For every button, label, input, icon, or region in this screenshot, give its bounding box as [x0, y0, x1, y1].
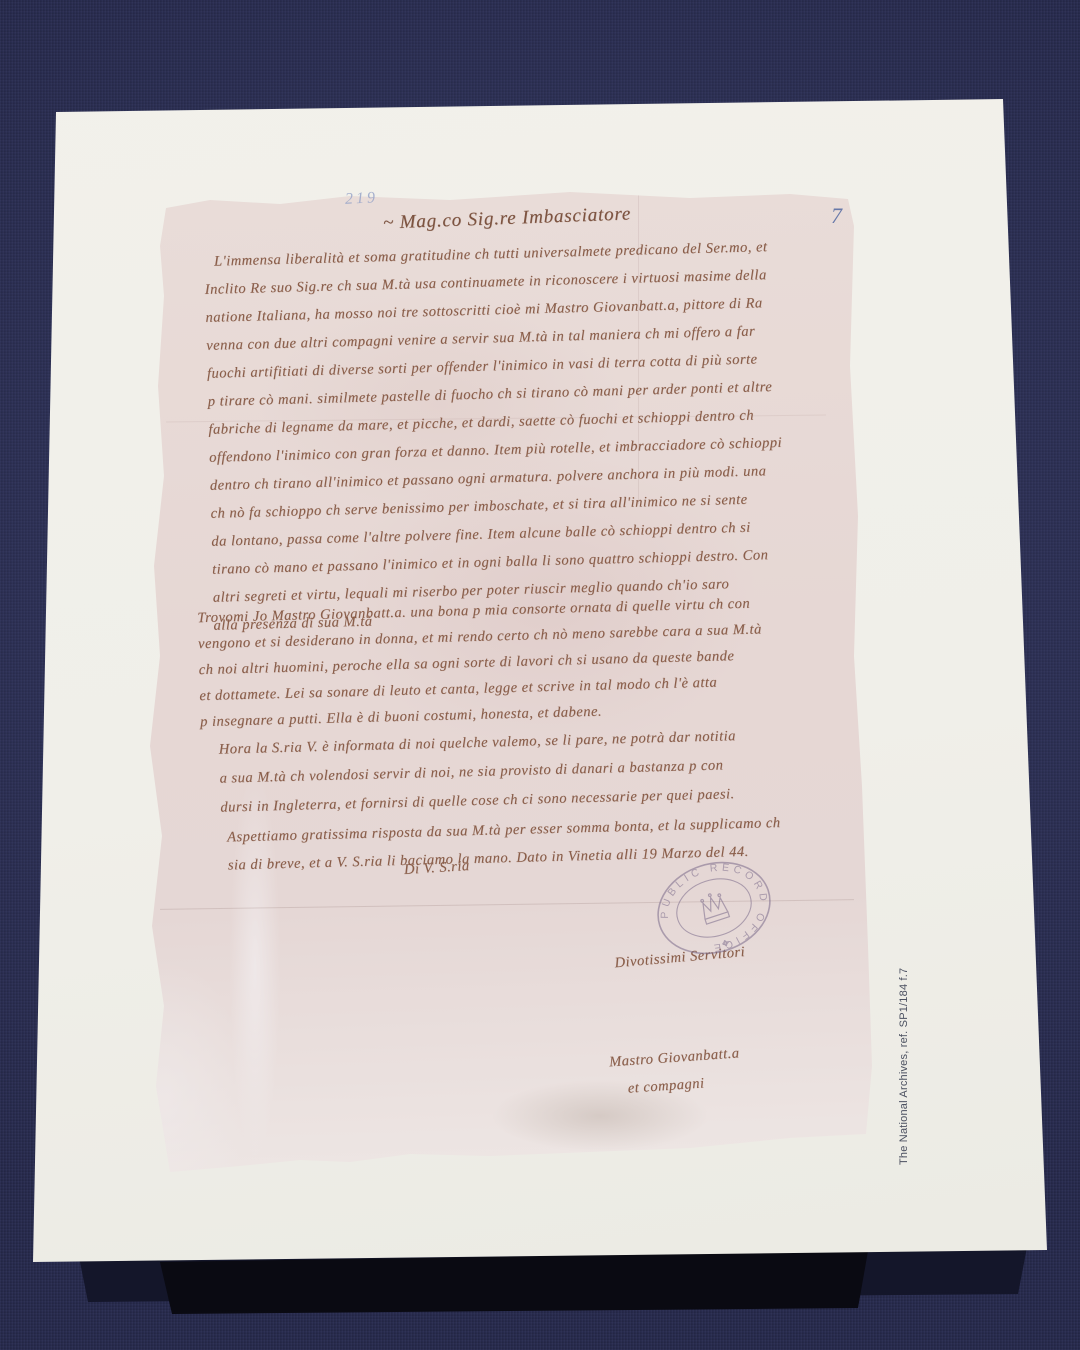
photo-board: 219 7 ~ Mag.co Sig.re Imbasciatore L'imm… — [0, 0, 1080, 1350]
crown-icon — [698, 890, 729, 924]
archive-caption: The National Archives, ref. SP1/184 f.7 — [898, 925, 912, 1165]
stamp-ring-text: PUBLIC RECORD OFFICE — [647, 848, 782, 969]
public-record-office-stamp: PUBLIC RECORD OFFICE — [632, 838, 796, 978]
letter-paragraph-1: L'immensa liberalità et soma gratitudine… — [204, 239, 787, 646]
letter-text: ~ Mag.co Sig.re Imbasciatore L'immensa l… — [0, 0, 1080, 1350]
signature-name: Mastro Giovanbatt.a — [609, 1045, 740, 1071]
letter-paragraph-2: Trovomi Jo Mastro Giovanbatt.a. una bona… — [197, 595, 764, 740]
photo-backdrop: 219 7 ~ Mag.co Sig.re Imbasciatore L'imm… — [0, 0, 1080, 1350]
letter-paragraph-3: Hora la S.ria V. è informata di noi quel… — [219, 728, 738, 829]
signature-company: et compagni — [627, 1075, 705, 1097]
svg-text:PUBLIC RECORD OFFICE: PUBLIC RECORD OFFICE — [647, 848, 782, 969]
letter-heading: ~ Mag.co Sig.re Imbasciatore — [383, 203, 632, 234]
